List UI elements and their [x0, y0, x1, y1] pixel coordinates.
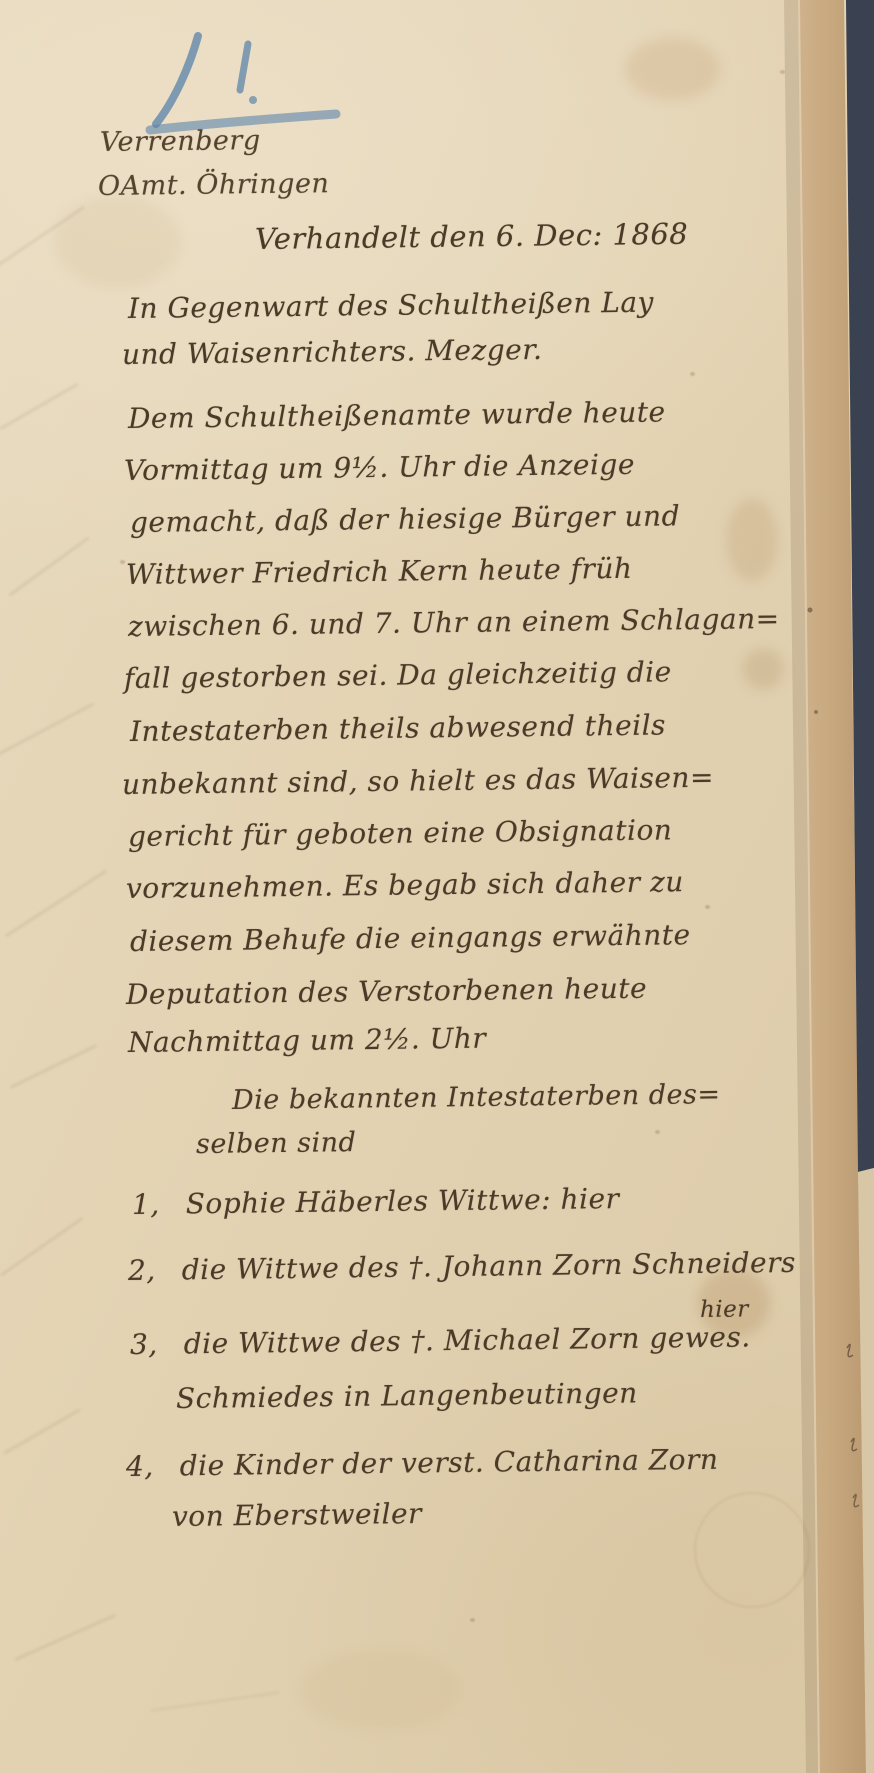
- page-edge-ridge: [799, 0, 819, 1773]
- heirs-heading: Die bekannten Intestaterben des=: [232, 1080, 721, 1116]
- paper-speck: [470, 1618, 475, 1622]
- paper-water-ring: [694, 1492, 810, 1608]
- dateline: Verhandelt den 6. Dec: 1868: [255, 219, 689, 256]
- body-line: fall gestorben sei. Da gleichzeitig die: [124, 657, 672, 694]
- heir-item-2: 2,die Wittwe des †. Johann Zorn Schneide…: [128, 1248, 796, 1287]
- ink-showthrough: [3, 1408, 81, 1455]
- heir-item-3: 3,die Wittwe des †. Michael Zorn gewes.: [130, 1322, 751, 1360]
- body-line: gericht für geboten eine Obsignation: [128, 815, 673, 852]
- lower-page-stack: [858, 1168, 874, 1773]
- body-line: Deputation des Verstorbenen heute: [126, 974, 647, 1011]
- body-line: vorzunehmen. Es begab sich daher zu: [126, 867, 684, 905]
- margin-speck: [814, 710, 818, 714]
- book-binding-edge: [744, 0, 874, 1773]
- ink-showthrough: [5, 870, 107, 938]
- body-line: Nachmittag um 2½. Uhr: [128, 1024, 487, 1059]
- body-line: Intestaterben theils abwesend theils: [130, 710, 666, 747]
- heir-number: 2,: [128, 1256, 156, 1287]
- paper-stain: [300, 1650, 460, 1730]
- paper-stain: [742, 648, 784, 690]
- body-line: Vormittag um 9½. Uhr die Anzeige: [124, 450, 635, 487]
- ink-showthrough: [0, 1217, 84, 1277]
- document-scan: Verrenberg OAmt. Öhringen Verhandelt den…: [0, 0, 874, 1773]
- paper-speck: [655, 1130, 660, 1134]
- heir-item-4-continuation: von Eberstweiler: [172, 1499, 422, 1533]
- blue-dot: [249, 96, 257, 104]
- heir-number: 3,: [130, 1330, 158, 1361]
- paper-speck: [120, 560, 125, 564]
- body-line: Wittwer Friedrich Kern heute früh: [126, 554, 633, 591]
- heir-item-1: 1,Sophie Häberles Wittwe: hier: [132, 1184, 620, 1221]
- blue-stroke: [240, 44, 248, 90]
- ink-showthrough: [8, 536, 89, 596]
- paper-speck: [705, 905, 710, 909]
- heir-item-2-continuation: hier: [700, 1297, 749, 1323]
- ink-showthrough: [0, 383, 79, 431]
- header-place: Verrenberg: [100, 126, 261, 158]
- binding-strip: [798, 0, 866, 1773]
- heir-text: Sophie Häberles Wittwe: hier: [186, 1182, 620, 1220]
- paper-stain: [726, 498, 778, 582]
- paper-speck: [690, 372, 695, 376]
- heir-item-4: 4,die Kinder der verst. Catharina Zorn: [126, 1445, 719, 1483]
- presence-line: In Gegenwart des Schultheißen Lay: [128, 288, 654, 325]
- heir-text: die Kinder der verst. Catharina Zorn: [180, 1443, 719, 1483]
- heir-text: die Wittwe des †. Johann Zorn Schneiders: [182, 1246, 797, 1287]
- ink-showthrough: [14, 1614, 116, 1661]
- ink-showthrough: [150, 1691, 279, 1712]
- body-line: zwischen 6. und 7. Uhr an einem Schlagan…: [128, 604, 780, 643]
- navy-backdrop: [846, 0, 874, 1172]
- margin-speck: [808, 608, 813, 613]
- heirs-heading: selben sind: [196, 1128, 357, 1160]
- page-edge-shadow: [784, 0, 822, 1773]
- body-line: gemacht, daß der hiesige Bürger und: [130, 501, 680, 539]
- presence-line: und Waisenrichters. Mezger.: [122, 335, 543, 371]
- paper-stain: [55, 196, 180, 288]
- ink-showthrough: [0, 206, 85, 267]
- heir-item-3-continuation: Schmiedes in Langenbeutingen: [176, 1378, 638, 1414]
- heir-number: 4,: [126, 1452, 154, 1483]
- heir-text: die Wittwe des †. Michael Zorn gewes.: [184, 1320, 751, 1360]
- margin-ink-mark: [851, 1438, 857, 1450]
- body-line: diesem Behufe die eingangs erwähnte: [130, 920, 691, 958]
- ink-showthrough: [0, 702, 94, 756]
- margin-ink-mark: [853, 1494, 859, 1506]
- margin-ink-mark: [847, 1344, 853, 1356]
- body-line: unbekannt sind, so hielt es das Waisen=: [122, 763, 714, 801]
- header-district: OAmt. Öhringen: [98, 169, 330, 202]
- paper-speck: [780, 70, 785, 74]
- paper-stain: [625, 38, 720, 100]
- body-line: Dem Schultheißenamte wurde heute: [128, 397, 666, 434]
- ink-showthrough: [10, 1044, 97, 1088]
- blue-stroke: [156, 36, 198, 124]
- heir-number: 1,: [132, 1190, 160, 1221]
